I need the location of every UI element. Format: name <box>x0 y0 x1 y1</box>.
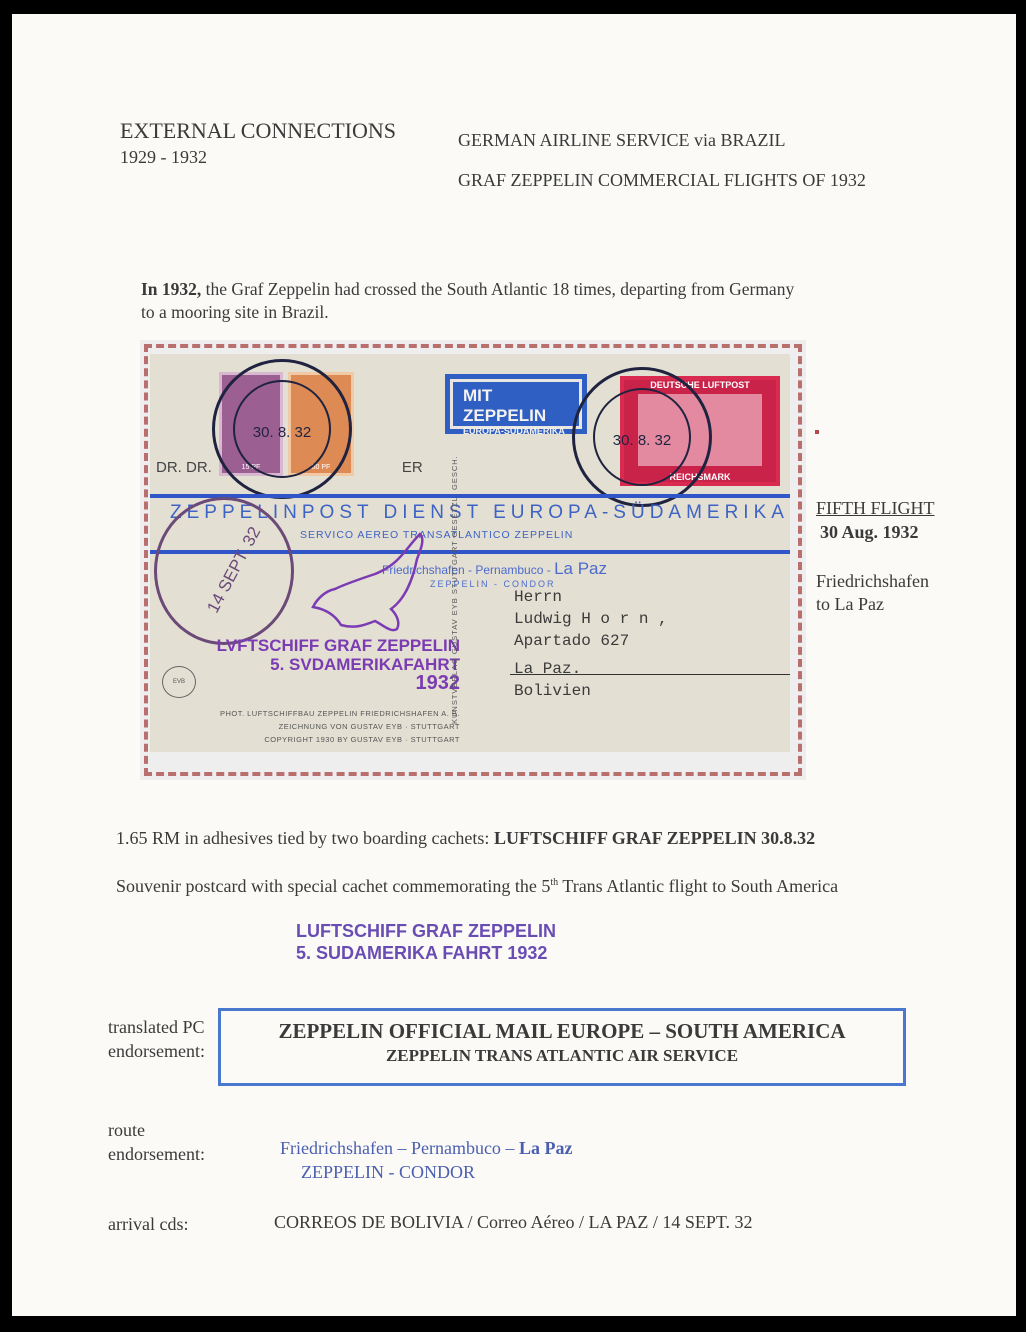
souvenir-note: Souvenir postcard with special cachet co… <box>116 876 838 897</box>
postcard-mount: 15 PF 50 PF 30. 8. 32 MIT ZEPPELIN EUROP… <box>140 340 806 780</box>
flight-number-note: FIFTH FLIGHT <box>816 498 935 519</box>
intro-line2: to a mooring site in Brazil. <box>141 301 794 324</box>
flight-cachet: LVFTSCHIFF GRAF ZEPPELIN 5. SVDAMERIKAFA… <box>217 636 460 693</box>
intro-lead: In 1932, <box>141 279 201 299</box>
sender-fragment: DR. DR.ER <box>156 459 423 476</box>
boarding-postmark-left: 30. 8. 32 <box>212 359 352 499</box>
section-heading: EXTERNAL CONNECTIONS 1929 - 1932 <box>120 118 396 170</box>
flight-date-note: 30 Aug. 1932 <box>820 522 919 543</box>
section-title: EXTERNAL CONNECTIONS <box>120 118 396 144</box>
section-years: 1929 - 1932 <box>120 144 396 170</box>
airmail-label: MIT ZEPPELIN EUROPA-SÜDAMERIKA <box>445 374 587 434</box>
arrival-cds-la-paz: 14 SEPT. 32 <box>154 497 294 645</box>
printed-rule-top <box>150 494 790 498</box>
flight-route-note: Friedrichshafen to La Paz <box>816 570 929 616</box>
intro-paragraph: In 1932, the Graf Zeppelin had crossed t… <box>141 278 794 324</box>
translation-label: translated PC endorsement: <box>108 1015 205 1063</box>
flights-title: GRAF ZEPPELIN COMMERCIAL FLIGHTS OF 1932 <box>458 170 866 191</box>
route-label: route endorsement: <box>108 1118 205 1166</box>
service-title: GERMAN AIRLINE SERVICE via BRAZIL <box>458 130 786 151</box>
eagle-drawing-icon <box>305 529 435 639</box>
address-rule <box>510 674 790 675</box>
arrival-cds-text: CORREOS DE BOLIVIA / Correo Aéreo / LA P… <box>274 1212 753 1233</box>
recipient-address: Herrn Ludwig H o r n , Apartado 627 La P… <box>514 586 668 702</box>
publisher-logo: EVB <box>162 666 196 698</box>
photo-credits: PHOT. LUFTSCHIFFBAU ZEPPELIN FRIEDRICHSH… <box>220 707 460 746</box>
translation-box: ZEPPELIN OFFICIAL MAIL EUROPE – SOUTH AM… <box>218 1008 906 1086</box>
postcard: 15 PF 50 PF 30. 8. 32 MIT ZEPPELIN EUROP… <box>150 354 790 752</box>
route-path: Friedrichshafen – Pernambuco – La Paz <box>280 1138 572 1159</box>
album-page: EXTERNAL CONNECTIONS 1929 - 1932 GERMAN … <box>12 14 1016 1316</box>
publisher-vertical-text: KUNSTVERLAG GUSTAV EYB STUTTGART GESETZL… <box>450 455 459 724</box>
mount-corner-mark <box>815 430 819 434</box>
adhesives-note: 1.65 RM in adhesives tied by two boardin… <box>116 828 815 849</box>
intro-line1: the Graf Zeppelin had crossed the South … <box>201 279 794 299</box>
route-carriers: ZEPPELIN - CONDOR <box>301 1162 475 1183</box>
cachet-transcription: LUFTSCHIFF GRAF ZEPPELIN 5. SUDAMERIKA F… <box>296 920 556 964</box>
arrival-label: arrival cds: <box>108 1212 188 1236</box>
boarding-postmark-right: 30. 8. 32 <box>572 367 712 507</box>
